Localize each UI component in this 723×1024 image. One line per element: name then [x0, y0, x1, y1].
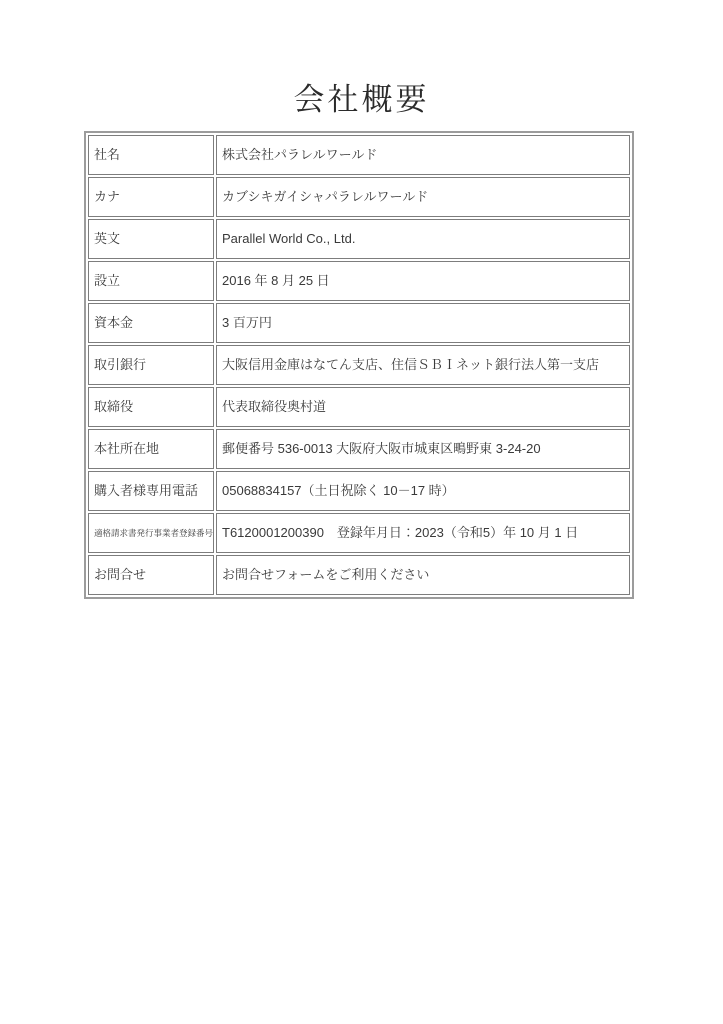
- row-value: お問合せフォームをご利用ください: [216, 555, 630, 595]
- table-row: 取締役 代表取締役奥村道: [88, 387, 630, 427]
- table-row: 取引銀行 大阪信用金庫はなてん支店、住信ＳＢＩネット銀行法人第一支店: [88, 345, 630, 385]
- row-value: T6120001200390 登録年月日：2023（令和5）年 10 月 1 日: [216, 513, 630, 553]
- row-value: Parallel World Co., Ltd.: [216, 219, 630, 259]
- row-value: 3 百万円: [216, 303, 630, 343]
- row-label: カナ: [88, 177, 214, 217]
- row-label: 社名: [88, 135, 214, 175]
- row-label: 取締役: [88, 387, 214, 427]
- table-row: カナ カブシキガイシャパラレルワールド: [88, 177, 630, 217]
- row-label: 本社所在地: [88, 429, 214, 469]
- company-overview-table: 社名 株式会社パラレルワールド カナ カブシキガイシャパラレルワールド 英文 P…: [84, 131, 634, 599]
- row-value: 代表取締役奥村道: [216, 387, 630, 427]
- row-label: 適格請求書発行事業者登録番号: [88, 513, 214, 553]
- table-row: お問合せ お問合せフォームをご利用ください: [88, 555, 630, 595]
- table-row: 英文 Parallel World Co., Ltd.: [88, 219, 630, 259]
- table-row: 本社所在地 郵便番号 536-0013 大阪府大阪市城東区鴫野東 3-24-20: [88, 429, 630, 469]
- table-row: 社名 株式会社パラレルワールド: [88, 135, 630, 175]
- table-row: 適格請求書発行事業者登録番号 T6120001200390 登録年月日：2023…: [88, 513, 630, 553]
- row-value: 2016 年 8 月 25 日: [216, 261, 630, 301]
- table-row: 購入者様専用電話 05068834157（土日祝除く 10－17 時）: [88, 471, 630, 511]
- row-value: 大阪信用金庫はなてん支店、住信ＳＢＩネット銀行法人第一支店: [216, 345, 630, 385]
- page-title: 会社概要: [0, 0, 723, 119]
- row-label: 英文: [88, 219, 214, 259]
- row-label: お問合せ: [88, 555, 214, 595]
- row-label: 資本金: [88, 303, 214, 343]
- row-value: 株式会社パラレルワールド: [216, 135, 630, 175]
- document-page: 会社概要 社名 株式会社パラレルワールド カナ カブシキガイシャパラレルワールド…: [0, 0, 723, 1024]
- row-value: 05068834157（土日祝除く 10－17 時）: [216, 471, 630, 511]
- row-value: 郵便番号 536-0013 大阪府大阪市城東区鴫野東 3-24-20: [216, 429, 630, 469]
- table-row: 設立 2016 年 8 月 25 日: [88, 261, 630, 301]
- row-value: カブシキガイシャパラレルワールド: [216, 177, 630, 217]
- row-label: 購入者様専用電話: [88, 471, 214, 511]
- table-row: 資本金 3 百万円: [88, 303, 630, 343]
- row-label: 設立: [88, 261, 214, 301]
- row-label: 取引銀行: [88, 345, 214, 385]
